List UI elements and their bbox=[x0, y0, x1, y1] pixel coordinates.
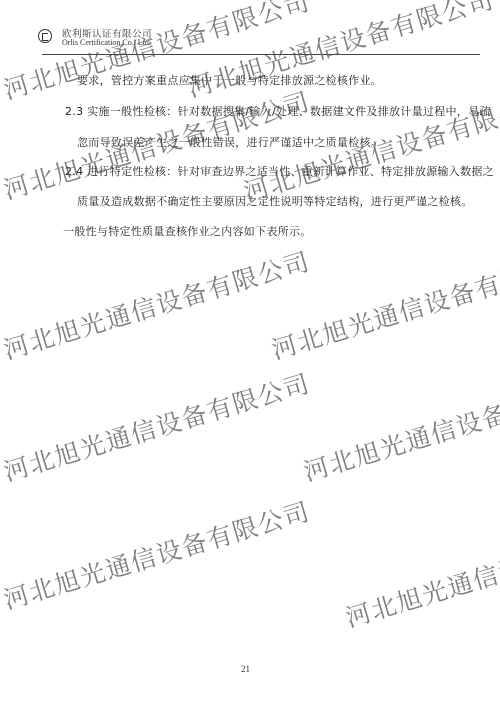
watermark: 河北旭光通信设备有限公司 bbox=[343, 517, 500, 631]
page-number: 21 bbox=[241, 664, 250, 674]
orlis-logo-icon bbox=[38, 29, 52, 43]
header-company-en: Orlis Certification Co., Ltd. bbox=[62, 38, 151, 47]
watermark: 河北旭光通信设备有限公司 bbox=[301, 371, 500, 485]
body-line-5: 质量及造成数据不确定性主要原因之定性说明等特定结构，进行更严谨之检核。 bbox=[77, 193, 473, 209]
body-line-3: 忽而导致误差产生之一般性错误，进行严谨适中之质量检核。 bbox=[77, 134, 382, 150]
watermark: 河北旭光通信设备有限公司 bbox=[1, 371, 313, 485]
watermark: 河北旭光通信设备有限公司 bbox=[1, 249, 313, 363]
body-line-2: 2.3 实施一般性检核：针对数据搜集/输入/处理、数据建文件及排放计量过程中，易… bbox=[65, 103, 491, 119]
document-page: 欧利斯认证有限公司 Orlis Certification Co., Ltd. … bbox=[0, 0, 500, 709]
body-line-1: 要求，管控方案重点应集中于一般与特定排放源之检核作业。 bbox=[77, 72, 382, 88]
watermark: 河北旭光通信设备有限公司 bbox=[269, 249, 500, 363]
watermark: 河北旭光通信设备有限公司 bbox=[1, 499, 313, 613]
body-line-6: 一般性与特定性质量查核作业之内容如下表所示。 bbox=[63, 223, 312, 239]
body-line-4: 2.4 进行特定性检核：针对审查边界之适当性、重新计算作业、特定排放源输入数据之 bbox=[65, 163, 494, 179]
header-divider bbox=[42, 54, 480, 55]
